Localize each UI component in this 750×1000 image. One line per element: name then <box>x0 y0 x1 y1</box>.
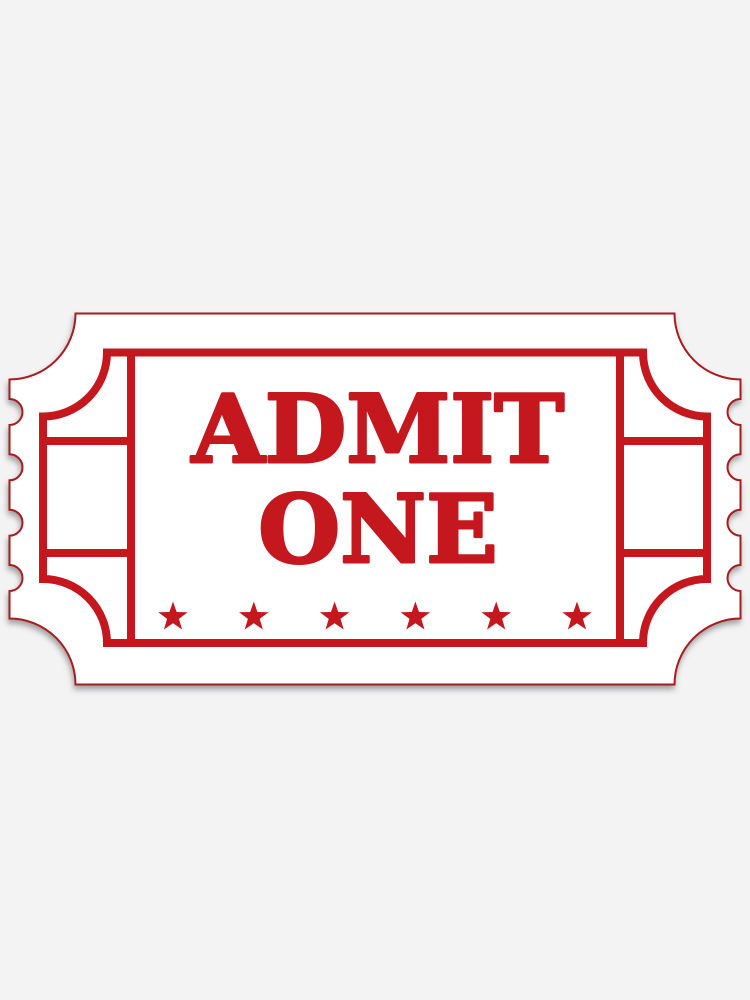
sticker-page: ADMIT ONE <box>0 0 750 1000</box>
ticket-title-line2: ONE <box>258 475 497 585</box>
ticket-title-line1: ADMIT <box>191 375 564 485</box>
admit-one-ticket-graphic: ADMIT ONE <box>0 0 750 1000</box>
